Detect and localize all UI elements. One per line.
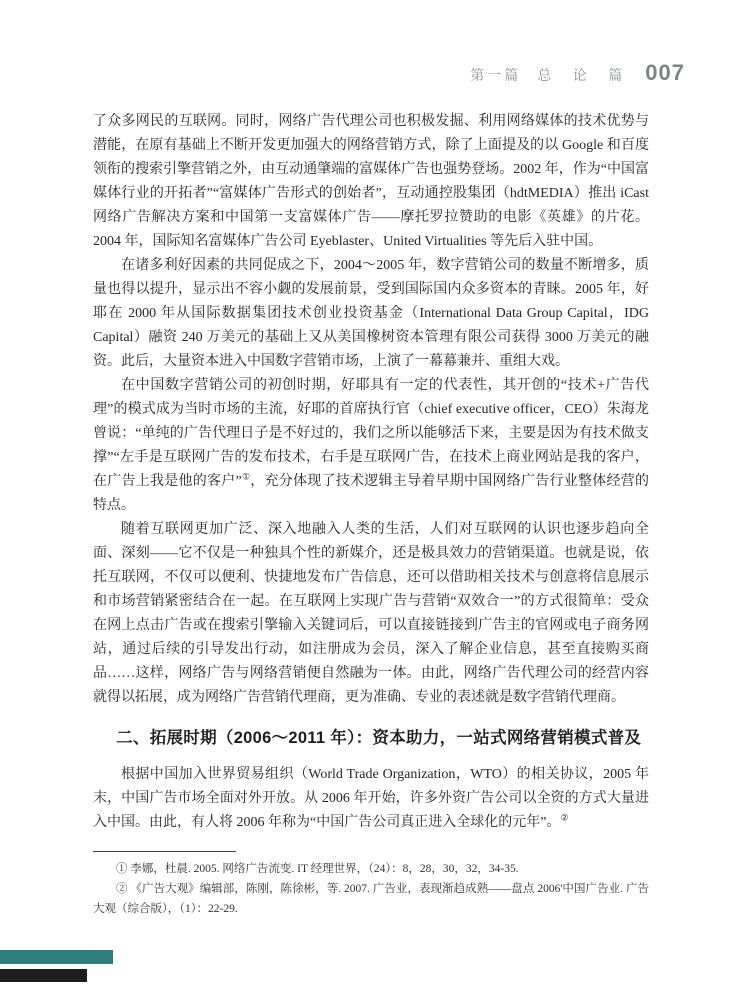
footnote-reference-mark: ①: [242, 471, 251, 481]
paragraph: 了众多网民的互联网。同时，网络广告代理公司也积极发掘、利用网络媒体的技术优势与潜…: [93, 110, 649, 254]
paragraph: 在诸多利好因素的共同促成之下，2004～2005 年，数字营销公司的数量不断增多…: [93, 254, 649, 374]
book-page: 第一篇 总 论 篇 007 了众多网民的互联网。同时，网络广告代理公司也积极发掘…: [0, 0, 729, 1005]
body-text-column: 了众多网民的互联网。同时，网络广告代理公司也积极发掘、利用网络媒体的技术优势与潜…: [93, 110, 649, 835]
paragraph: 在中国数字营销公司的初创时期，好耶具有一定的代表性，其开创的“技术+广告代理”的…: [93, 374, 649, 518]
section-heading: 二、拓展时期（2006～2011 年）：资本助力，一站式网络营销模式普及: [93, 725, 649, 751]
footer-dark-bar: [0, 969, 87, 982]
running-head: 第一篇 总 论 篇 007: [470, 60, 685, 86]
footer-teal-bar: [0, 950, 113, 964]
footnote-2: ② 《广告大观》编辑部，陈刚，陈徐彬，等. 2007. 广告业，表现渐趋成熟——…: [93, 879, 649, 919]
footnotes-block: ① 李娜，杜晨. 2005. 网络广告流变. IT 经理世界，（24）：8，28…: [93, 851, 649, 919]
page-number: 007: [645, 60, 685, 86]
footnote-separator-rule: [93, 851, 236, 852]
part-title: 第一篇: [470, 65, 521, 85]
section-title: 总 论 篇: [537, 65, 631, 85]
paragraph: 根据中国加入世界贸易组织（World Trade Organization，WT…: [93, 763, 649, 835]
footnote-1: ① 李娜，杜晨. 2005. 网络广告流变. IT 经理世界，（24）：8，28…: [93, 859, 649, 879]
paragraph: 随着互联网更加广泛、深入地融入人类的生活，人们对互联网的认识也逐步趋向全面、深刻…: [93, 518, 649, 710]
footnote-reference-mark: ②: [560, 812, 568, 822]
